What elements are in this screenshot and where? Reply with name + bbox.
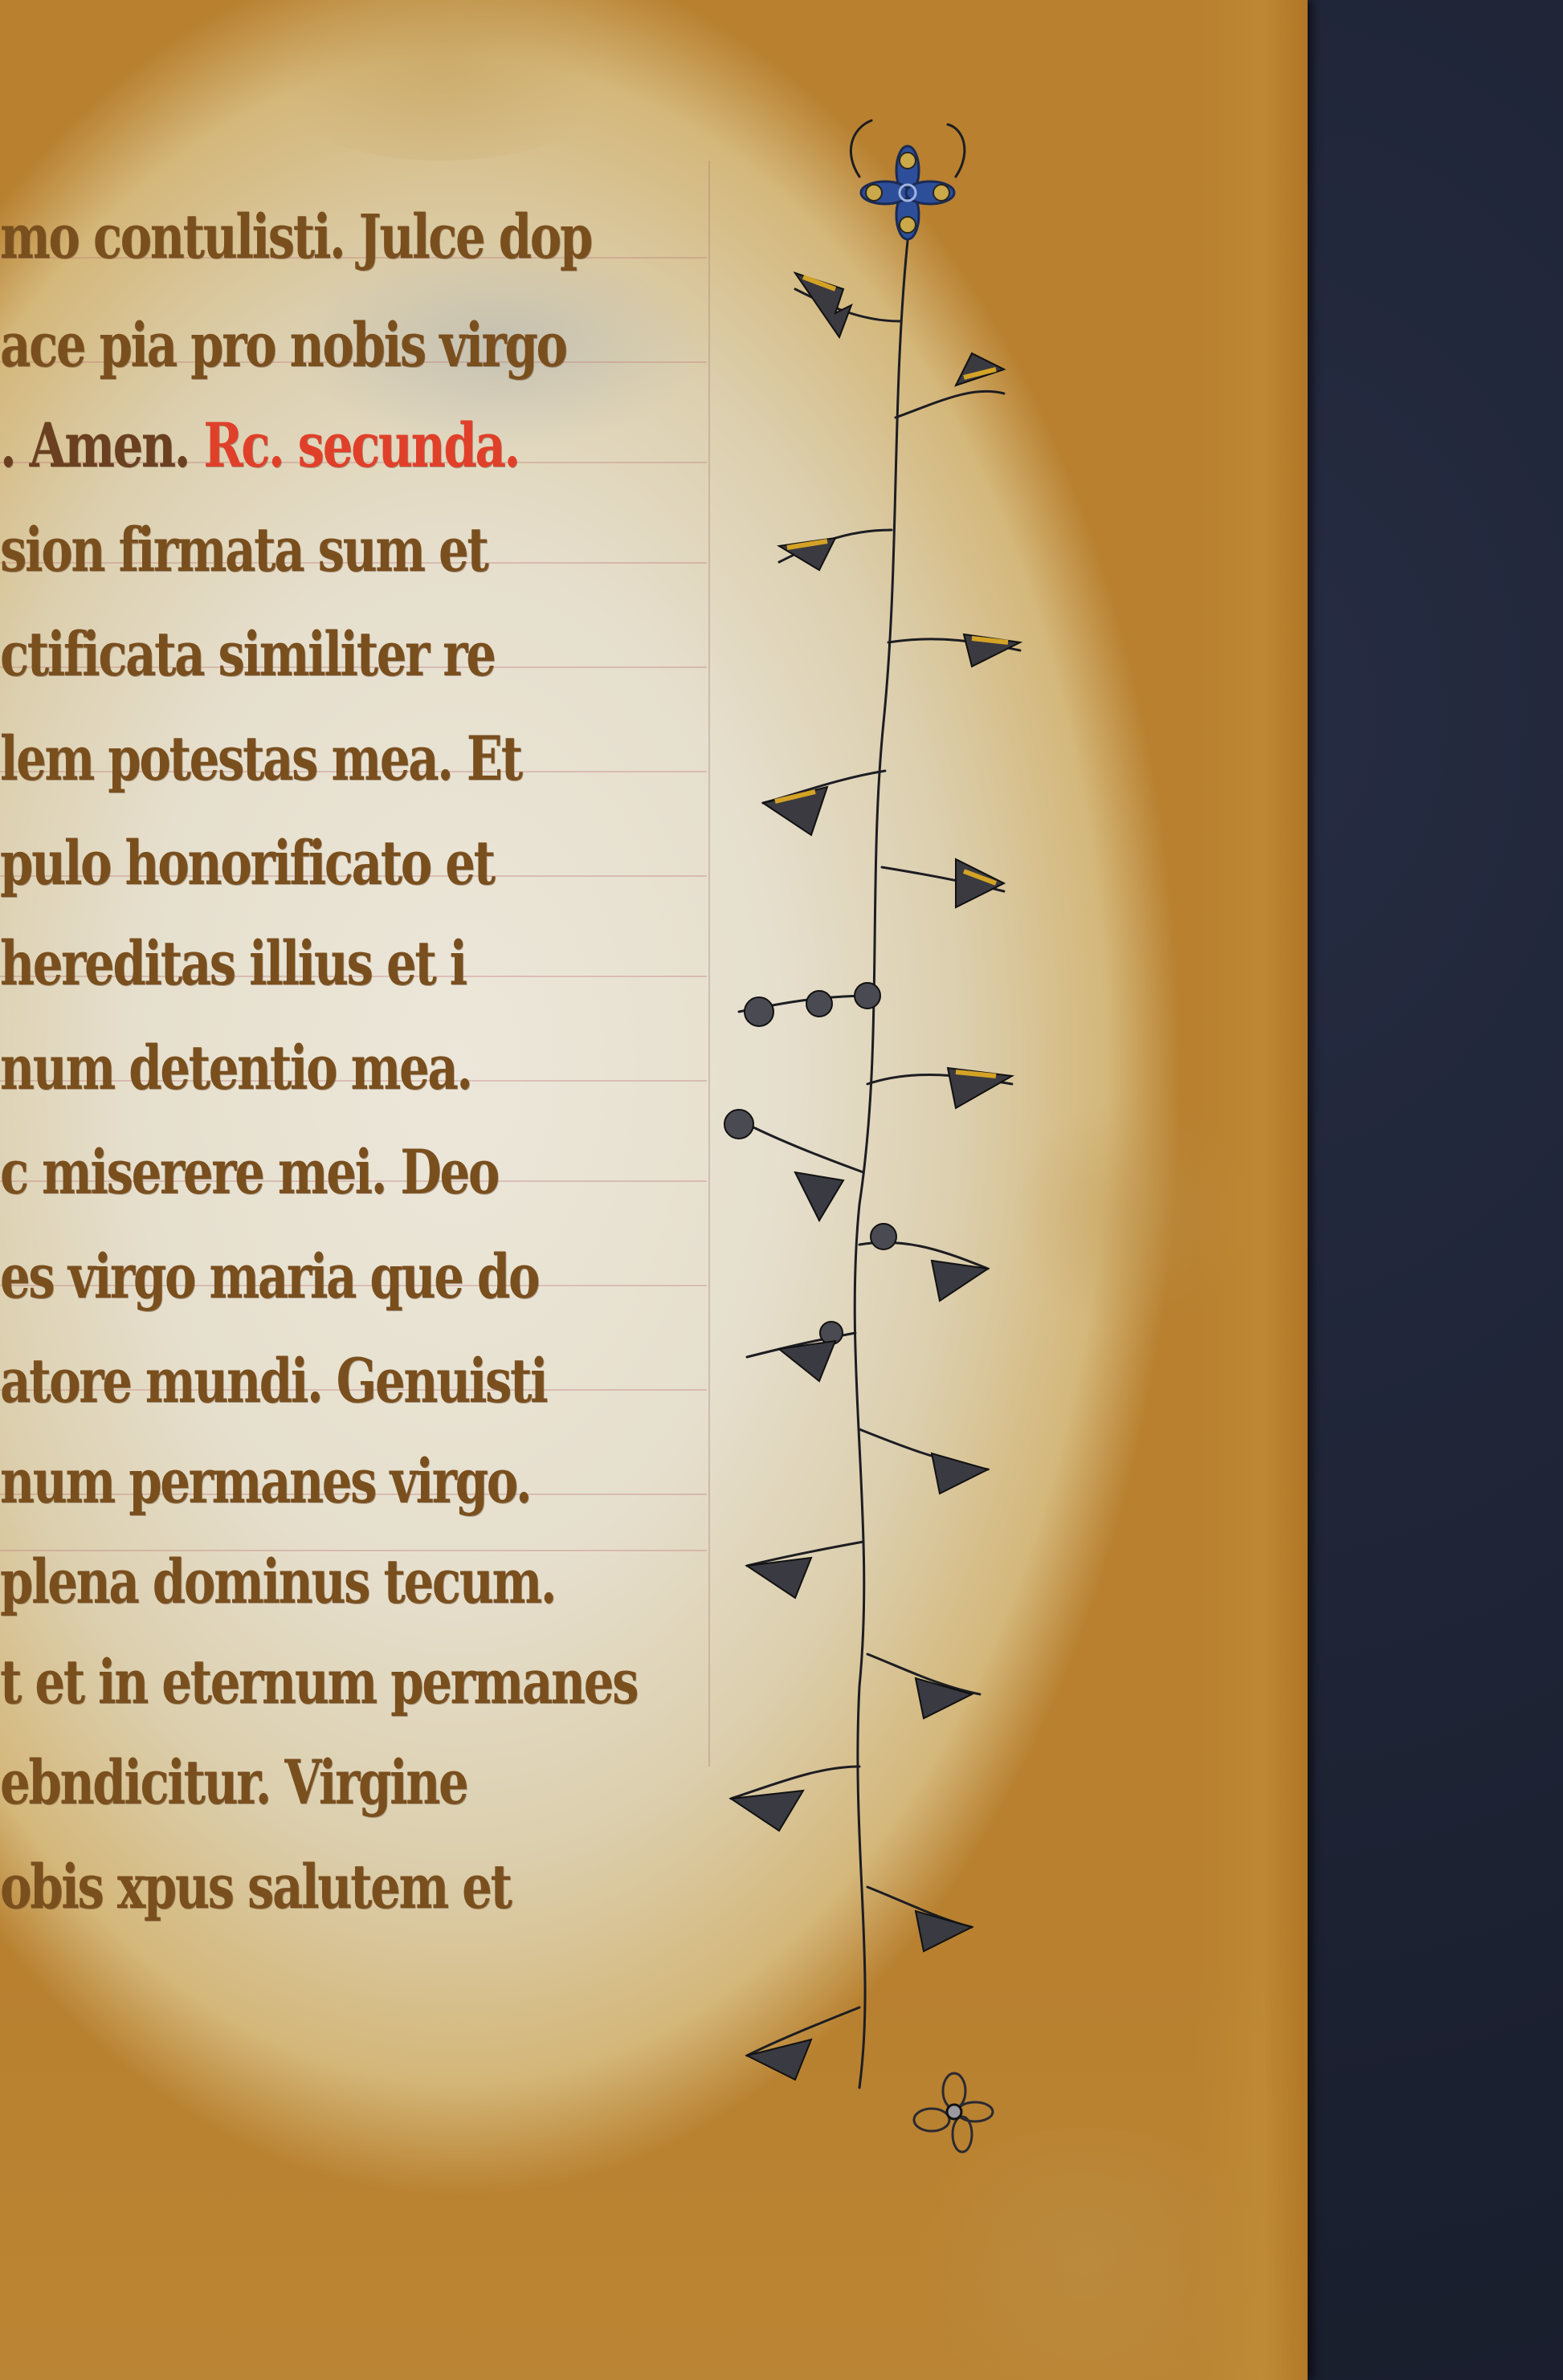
text-line-main: . Amen.: [0, 410, 189, 481]
text-line: . Amen. Rc. secunda.: [0, 410, 519, 481]
outline-flower-icon: [914, 2073, 993, 2152]
rubric-heading: Rc. secunda.: [203, 410, 518, 481]
parchment-leaf: mo contulisti. Julce dop ace pia pro nob…: [0, 0, 1308, 2380]
text-line: plena dominus tecum.: [0, 1546, 555, 1617]
text-line: ace pia pro nobis virgo: [0, 309, 566, 381]
text-line: atore mundi. Genuisti: [0, 1345, 546, 1416]
text-line: es virgo maria que do: [0, 1241, 538, 1312]
text-line: t et in eternum permanes: [0, 1646, 637, 1718]
gold-berry-icon: [724, 983, 896, 1344]
text-line: obis xpus salutem et: [0, 1851, 511, 1922]
text-line: num permanes virgo.: [0, 1445, 530, 1517]
text-line: sion firmata sum et: [0, 514, 487, 585]
black-ivy-leaf-icon: [731, 1172, 988, 2080]
water-stain: [241, 0, 643, 161]
text-line: ebndicitur. Virgine: [0, 1746, 467, 1818]
text-line: num detentio mea.: [0, 1032, 471, 1103]
vine-border-drawing: [699, 80, 1149, 2184]
blue-flower-icon: [861, 146, 954, 239]
text-line: pulo honorificato et: [0, 827, 494, 899]
text-line: hereditas illius et i: [0, 927, 466, 999]
text-line: mo contulisti. Julce dop: [0, 201, 591, 272]
text-line: c miserere mei. Deo: [0, 1136, 498, 1208]
vine-stems-icon: [731, 120, 1020, 2088]
foliate-border: [699, 80, 1149, 2184]
gold-ivy-leaf-icon: [763, 273, 1020, 1108]
text-line: ctificata similiter re: [0, 618, 495, 690]
text-line: lem potestas mea. Et: [0, 723, 521, 794]
